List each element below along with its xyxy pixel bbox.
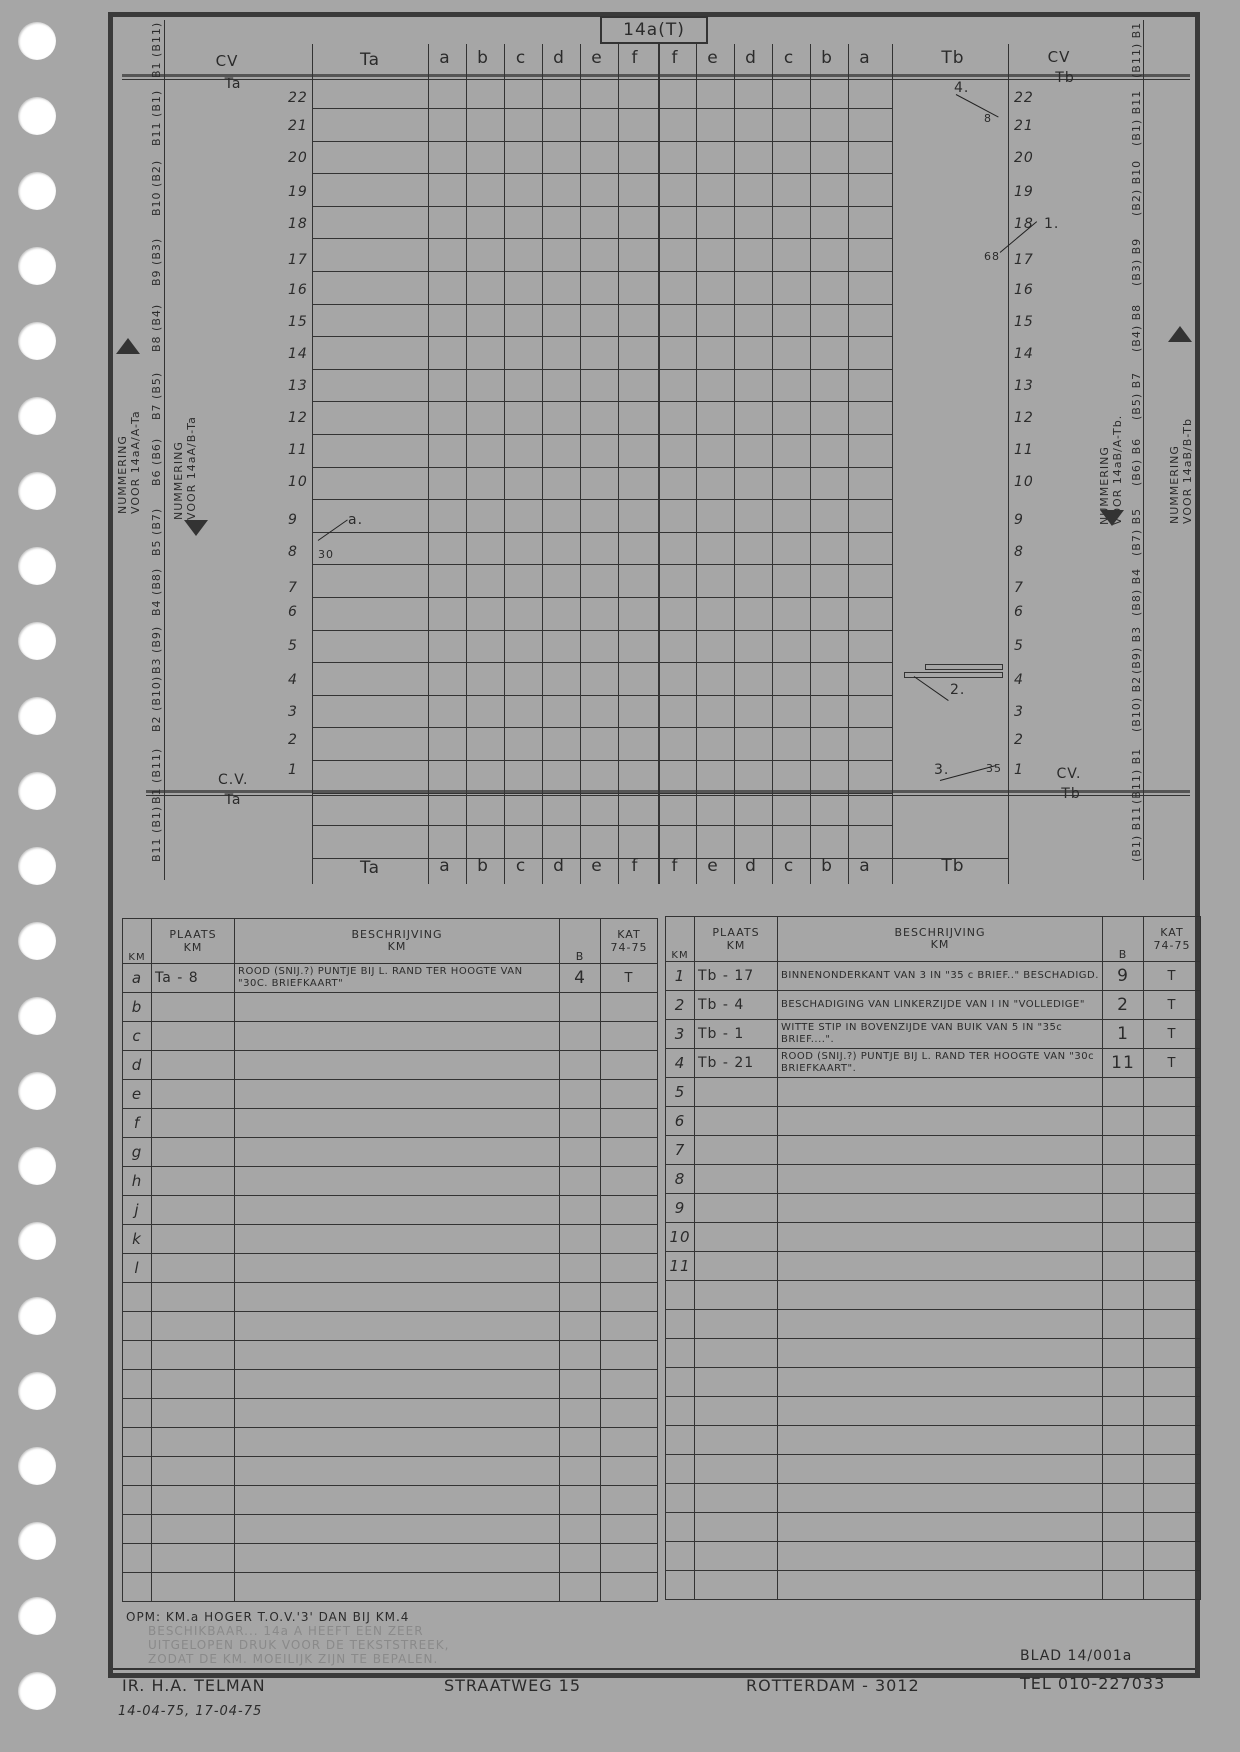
- owner-phone: TEL 010-227033: [1020, 1674, 1165, 1693]
- cell-km: k: [123, 1225, 152, 1254]
- cell-b: [560, 1573, 601, 1602]
- sheet-number: BLAD 14/001a: [1020, 1648, 1132, 1664]
- cell-kat: [1144, 1542, 1201, 1571]
- grid-row-line: [312, 206, 892, 207]
- table-row: [666, 1571, 1201, 1600]
- right-b-label: (B5) B7: [1130, 364, 1143, 420]
- grid-row-line: [312, 825, 892, 826]
- cell-plaats: [695, 1165, 778, 1194]
- cell-plaats: [695, 1513, 778, 1542]
- top-column-label: f: [620, 48, 650, 68]
- cell-beschrijving: [235, 1515, 560, 1544]
- table-row: h: [123, 1167, 658, 1196]
- table-row: j: [123, 1196, 658, 1225]
- left-b-label: B4 (B8): [150, 560, 163, 616]
- table-row: [123, 1573, 658, 1602]
- row-number-left: 22: [288, 90, 308, 106]
- cell-beschrijving: [235, 1254, 560, 1283]
- row-number-right: 19: [1014, 184, 1034, 200]
- top-tb-label: Tb: [938, 48, 968, 68]
- cell-km: e: [123, 1080, 152, 1109]
- cell-km: f: [123, 1109, 152, 1138]
- row-number-left: 7: [288, 580, 298, 596]
- cell-plaats: [695, 1368, 778, 1397]
- row-number-left: 10: [288, 474, 308, 490]
- bottom-cv-right-label: CV.: [1054, 766, 1084, 782]
- cell-kat: [601, 1428, 658, 1457]
- cell-plaats: [152, 1109, 235, 1138]
- binder-hole: [18, 1372, 56, 1410]
- cell-b: [1103, 1484, 1144, 1513]
- cell-plaats: Tb - 21: [695, 1049, 778, 1078]
- top-column-label: d: [736, 48, 766, 68]
- cell-kat: [1144, 1397, 1201, 1426]
- binder-hole: [18, 322, 56, 360]
- table-row: [123, 1399, 658, 1428]
- cell-kat: T: [1144, 991, 1201, 1020]
- left-b-label: B9 (B3): [150, 230, 163, 286]
- binder-hole: [18, 22, 56, 60]
- left-b-label: B10 (B2): [150, 160, 163, 216]
- table-row: 2Tb - 4BESCHADIGING VAN LINKERZIJDE VAN …: [666, 991, 1201, 1020]
- cell-beschrijving: [235, 1080, 560, 1109]
- table-row: 5: [666, 1078, 1201, 1107]
- cell-plaats: [152, 1370, 235, 1399]
- cell-b: [1103, 1571, 1144, 1600]
- cell-kat: [1144, 1571, 1201, 1600]
- binder-hole: [18, 922, 56, 960]
- left-b-label: B6 (B6): [150, 430, 163, 486]
- cell-plaats: [152, 1428, 235, 1457]
- grid-column-line: [312, 44, 313, 884]
- grid-row-line: [312, 499, 892, 500]
- cell-kat: [601, 1022, 658, 1051]
- cell-kat: [601, 1254, 658, 1283]
- bottom-column-label: c: [506, 856, 536, 876]
- cell-plaats: [695, 1252, 778, 1281]
- cell-b: [560, 1167, 601, 1196]
- cell-beschrijving: [778, 1165, 1103, 1194]
- table-row: [123, 1486, 658, 1515]
- left-b-label: B2 (B10): [150, 676, 163, 732]
- cell-kat: T: [1144, 962, 1201, 991]
- table-row: [123, 1312, 658, 1341]
- cell-kat: [601, 1167, 658, 1196]
- cell-kat: [601, 1080, 658, 1109]
- binder-hole: [18, 1672, 56, 1710]
- annotation-3-value: 35: [986, 762, 1002, 775]
- cell-b: [1103, 1339, 1144, 1368]
- table-row: 9: [666, 1194, 1201, 1223]
- left-b-label: B5 (B7): [150, 500, 163, 556]
- owner-city: ROTTERDAM - 3012: [746, 1676, 920, 1695]
- row-number-right: 10: [1014, 474, 1034, 490]
- col-km: KM: [666, 917, 695, 962]
- binder-hole: [18, 1297, 56, 1335]
- grid-row-line: [312, 630, 892, 631]
- bottom-column-label: a: [850, 856, 880, 876]
- cell-b: [1103, 1397, 1144, 1426]
- table-row: [666, 1368, 1201, 1397]
- cell-kat: [1144, 1194, 1201, 1223]
- annotation-a-value: 30: [318, 548, 334, 561]
- cell-km: [666, 1484, 695, 1513]
- col-kat: KAT74-75: [1144, 917, 1201, 962]
- grid-row-line: [312, 695, 892, 696]
- cell-beschrijving: [778, 1281, 1103, 1310]
- cell-b: [560, 1544, 601, 1573]
- row-number-left: 19: [288, 184, 308, 200]
- cell-beschrijving: [778, 1310, 1103, 1339]
- row-number-right: 9: [1014, 512, 1024, 528]
- annotation-2-label: 2.: [950, 682, 965, 698]
- right-b-label: (B6) B6: [1130, 430, 1143, 486]
- cell-b: [1103, 1310, 1144, 1339]
- right-b-label: (B1) B11: [1130, 90, 1143, 146]
- bottom-tb-sub-label: Tb: [1056, 786, 1086, 802]
- cell-kat: [601, 1399, 658, 1428]
- row-number-left: 4: [288, 672, 298, 688]
- grid-row-line: [312, 369, 892, 370]
- cell-b: [1103, 1542, 1144, 1571]
- table-row: 4Tb - 21ROOD (SNIJ.?) PUNTJE BIJ L. RAND…: [666, 1049, 1201, 1078]
- grid-row-line: [312, 793, 892, 794]
- cell-km: [666, 1513, 695, 1542]
- right-b-label: (B4) B8: [1130, 296, 1143, 352]
- cell-beschrijving: [778, 1426, 1103, 1455]
- grid-column-line: [580, 44, 581, 884]
- cell-beschrijving: [235, 1225, 560, 1254]
- cell-plaats: [152, 1399, 235, 1428]
- numbering-left-down: NUMMERING VOOR 14aA/B-Ta: [172, 350, 198, 520]
- cell-b: [1103, 1136, 1144, 1165]
- row-number-right: 14: [1014, 346, 1034, 362]
- cell-kat: [1144, 1368, 1201, 1397]
- top-column-label: a: [850, 48, 880, 68]
- cell-b: [560, 1341, 601, 1370]
- cell-b: [1103, 1513, 1144, 1542]
- cell-km: 5: [666, 1078, 695, 1107]
- cell-beschrijving: [235, 1573, 560, 1602]
- right-flaw-table: KM PLAATSKM BESCHRIJVINGKM B KAT74-75 1T…: [665, 916, 1201, 1600]
- row-number-left: 15: [288, 314, 308, 330]
- table-row: [666, 1484, 1201, 1513]
- binder-hole: [18, 847, 56, 885]
- cell-b: [560, 1080, 601, 1109]
- grid-row-line: [312, 141, 892, 142]
- table-row: 8: [666, 1165, 1201, 1194]
- grid-column-line: [504, 44, 505, 884]
- cell-km: [123, 1370, 152, 1399]
- right-b-label: (B7) B5: [1130, 500, 1143, 556]
- cell-km: 1: [666, 962, 695, 991]
- row-number-left: 13: [288, 378, 308, 394]
- arrow-down-icon: [1100, 510, 1124, 526]
- row-number-right: 1: [1014, 762, 1024, 778]
- cell-plaats: [695, 1107, 778, 1136]
- row-number-left: 8: [288, 544, 298, 560]
- cell-kat: [1144, 1281, 1201, 1310]
- grid-row-line: [312, 304, 892, 305]
- remark-line-2: BESCHIKBAAR... 14a A HEEFT EEN ZEER: [148, 1624, 424, 1638]
- cell-plaats: Tb - 1: [695, 1020, 778, 1049]
- table-row: 3Tb - 1WITTE STIP IN BOVENZIJDE VAN BUIK…: [666, 1020, 1201, 1049]
- cell-kat: [1144, 1455, 1201, 1484]
- cell-b: [560, 1486, 601, 1515]
- cell-plaats: [695, 1223, 778, 1252]
- owner-street: STRAATWEG 15: [444, 1676, 581, 1695]
- numbering-right-down: NUMMERING VOOR 14aB/A-Tb.: [1098, 335, 1124, 525]
- cell-plaats: [152, 1283, 235, 1312]
- binder-hole: [18, 247, 56, 285]
- cell-kat: T: [601, 964, 658, 993]
- cell-kat: [601, 1196, 658, 1225]
- table-row: 1Tb - 17BINNENONDERKANT VAN 3 IN "35 c B…: [666, 962, 1201, 991]
- page-title: 14a(T): [600, 16, 708, 44]
- top-column-label: c: [774, 48, 804, 68]
- left-b-label: B11 (B1): [150, 90, 163, 146]
- cell-km: [123, 1341, 152, 1370]
- table-row: [666, 1426, 1201, 1455]
- cell-kat: [1144, 1310, 1201, 1339]
- cell-kat: [601, 1138, 658, 1167]
- top-cv-right-label: CV: [1044, 48, 1074, 66]
- cell-b: [1103, 1281, 1144, 1310]
- arrow-up-icon: [116, 338, 140, 354]
- grid-row-line: [312, 467, 892, 468]
- footer-divider: [113, 1668, 1195, 1670]
- right-b-label: (B3) B9: [1130, 230, 1143, 286]
- grid-row-line: [312, 336, 892, 337]
- document-sheet: 14a(T) CVTaTaabcdeffedcbaTbCVTbC.V.TaTaa…: [0, 0, 1240, 1752]
- cell-kat: [1144, 1136, 1201, 1165]
- binder-hole: [18, 1597, 56, 1635]
- cell-kat: [1144, 1223, 1201, 1252]
- table-row: [123, 1457, 658, 1486]
- col-plaats: PLAATSKM: [152, 919, 235, 964]
- row-number-left: 11: [288, 442, 308, 458]
- row-number-left: 2: [288, 732, 298, 748]
- cell-km: [666, 1455, 695, 1484]
- row-number-right: 20: [1014, 150, 1034, 166]
- cell-beschrijving: [778, 1252, 1103, 1281]
- cell-km: 8: [666, 1165, 695, 1194]
- flaw-mark-rect: [904, 672, 1003, 678]
- row-number-right: 18: [1014, 216, 1034, 232]
- annotation-a-label: a.: [348, 512, 363, 528]
- table-row: [123, 1341, 658, 1370]
- binder-hole: [18, 547, 56, 585]
- binder-hole: [18, 1522, 56, 1560]
- cell-km: [666, 1310, 695, 1339]
- cell-km: 11: [666, 1252, 695, 1281]
- left-b-label: B11 (B1): [150, 806, 163, 862]
- cell-beschrijving: ROOD (SNIJ.?) PUNTJE BIJ L. RAND TER HOO…: [235, 964, 560, 993]
- cell-beschrijving: [235, 1370, 560, 1399]
- right-b-label: (B11) B1: [1130, 22, 1143, 78]
- row-number-left: 18: [288, 216, 308, 232]
- bottom-column-label: b: [812, 856, 842, 876]
- cell-beschrijving: [235, 1428, 560, 1457]
- cell-plaats: [695, 1426, 778, 1455]
- cell-km: [123, 1544, 152, 1573]
- cell-beschrijving: [235, 1283, 560, 1312]
- grid-column-line: [428, 44, 429, 884]
- right-b-label: (B2) B10: [1130, 160, 1143, 216]
- binder-hole: [18, 1072, 56, 1110]
- cell-b: [560, 1022, 601, 1051]
- cell-plaats: [695, 1455, 778, 1484]
- cell-plaats: [152, 1515, 235, 1544]
- cell-beschrijving: [235, 1167, 560, 1196]
- cell-kat: [601, 1544, 658, 1573]
- cell-km: 4: [666, 1049, 695, 1078]
- cell-b: [1103, 1107, 1144, 1136]
- cell-km: 7: [666, 1136, 695, 1165]
- cell-km: 6: [666, 1107, 695, 1136]
- bottom-column-label: b: [468, 856, 498, 876]
- cell-beschrijving: [778, 1542, 1103, 1571]
- arrow-up-icon: [1168, 326, 1192, 342]
- remark-line-3: UITGELOPEN DRUK VOOR DE TEKSTSTREEK,: [148, 1638, 449, 1652]
- top-rule: [122, 79, 1190, 80]
- left-b-label: B1 (B11): [150, 748, 163, 804]
- top-column-label: b: [812, 48, 842, 68]
- left-flaw-table: KM PLAATSKM BESCHRIJVINGKM B KAT74-75 aT…: [122, 918, 658, 1602]
- cell-b: [560, 1109, 601, 1138]
- table-row: aTa - 8ROOD (SNIJ.?) PUNTJE BIJ L. RAND …: [123, 964, 658, 993]
- cell-plaats: [152, 1544, 235, 1573]
- cell-b: [1103, 1426, 1144, 1455]
- cell-km: 3: [666, 1020, 695, 1049]
- row-number-right: 17: [1014, 252, 1034, 268]
- cell-km: d: [123, 1051, 152, 1080]
- cell-b: [560, 1428, 601, 1457]
- cell-kat: [601, 1312, 658, 1341]
- cell-kat: [601, 1370, 658, 1399]
- cell-kat: [1144, 1339, 1201, 1368]
- bottom-ta-sub-label: Ta: [218, 792, 248, 808]
- record-dates: 14-04-75, 17-04-75: [118, 1704, 262, 1719]
- table-row: [123, 1515, 658, 1544]
- grid-row-line: [312, 727, 892, 728]
- grid-row-line: [312, 434, 892, 435]
- cell-b: 9: [1103, 962, 1144, 991]
- col-beschrijving: BESCHRIJVINGKM: [778, 917, 1103, 962]
- row-number-left: 14: [288, 346, 308, 362]
- table-row: k: [123, 1225, 658, 1254]
- cell-beschrijving: [235, 1138, 560, 1167]
- cell-plaats: [152, 1167, 235, 1196]
- grid-column-line: [658, 44, 660, 884]
- grid-column-line: [772, 44, 773, 884]
- cell-plaats: [695, 1542, 778, 1571]
- cell-plaats: [152, 1080, 235, 1109]
- grid-row-line: [312, 564, 892, 565]
- row-number-right: 16: [1014, 282, 1034, 298]
- table-row: [123, 1370, 658, 1399]
- cell-plaats: [152, 1022, 235, 1051]
- cell-b: [1103, 1078, 1144, 1107]
- numbering-left-up: NUMMERING VOOR 14aA/A-Ta: [116, 354, 142, 514]
- binder-hole: [18, 397, 56, 435]
- numbering-right-up: NUMMERING VOOR 14aB/B-Tb: [1168, 344, 1194, 524]
- cell-kat: [601, 1457, 658, 1486]
- table-row: [666, 1513, 1201, 1542]
- cell-km: 10: [666, 1223, 695, 1252]
- cell-beschrijving: [778, 1397, 1103, 1426]
- row-number-right: 8: [1014, 544, 1024, 560]
- cell-kat: [601, 1486, 658, 1515]
- bottom-tb-label: Tb: [938, 856, 968, 876]
- bottom-column-label: e: [698, 856, 728, 876]
- col-plaats: PLAATSKM: [695, 917, 778, 962]
- right-b-label: (B10) B2: [1130, 676, 1143, 732]
- cell-km: [666, 1368, 695, 1397]
- cell-b: 1: [1103, 1020, 1144, 1049]
- cell-b: [1103, 1455, 1144, 1484]
- bottom-column-label: c: [774, 856, 804, 876]
- cell-km: [123, 1573, 152, 1602]
- grid-column-line: [466, 44, 467, 884]
- left-axis: [164, 20, 165, 880]
- cell-b: [1103, 1368, 1144, 1397]
- grid-column-line: [618, 44, 619, 884]
- col-b: B: [560, 919, 601, 964]
- bottom-rule: [146, 795, 1190, 796]
- table-row: [666, 1281, 1201, 1310]
- cell-b: [560, 1457, 601, 1486]
- grid-column-line: [848, 44, 849, 884]
- top-column-label: f: [660, 48, 690, 68]
- top-column-label: a: [430, 48, 460, 68]
- grid-row-line: [312, 401, 892, 402]
- bottom-column-label: e: [582, 856, 612, 876]
- col-b: B: [1103, 917, 1144, 962]
- bottom-column-label: d: [736, 856, 766, 876]
- cell-km: [666, 1542, 695, 1571]
- cell-km: j: [123, 1196, 152, 1225]
- cell-km: [123, 1515, 152, 1544]
- cell-b: [1103, 1165, 1144, 1194]
- cell-plaats: [695, 1339, 778, 1368]
- cell-beschrijving: WITTE STIP IN BOVENZIJDE VAN BUIK VAN 5 …: [778, 1020, 1103, 1049]
- col-km: KM: [123, 919, 152, 964]
- left-b-label: B8 (B4): [150, 296, 163, 352]
- cell-beschrijving: [778, 1339, 1103, 1368]
- cell-plaats: [695, 1397, 778, 1426]
- cell-b: [1103, 1194, 1144, 1223]
- owner-name: IR. H.A. TELMAN: [122, 1676, 266, 1695]
- cell-kat: [601, 1051, 658, 1080]
- cell-b: [560, 1138, 601, 1167]
- top-column-label: c: [506, 48, 536, 68]
- right-b-label: (B9) B3: [1130, 618, 1143, 674]
- grid-column-line: [734, 44, 735, 884]
- table-header-row: KM PLAATSKM BESCHRIJVINGKM B KAT74-75: [123, 919, 658, 964]
- cell-plaats: [152, 1341, 235, 1370]
- table-row: l: [123, 1254, 658, 1283]
- grid-column-line: [1008, 44, 1009, 884]
- cell-kat: [601, 993, 658, 1022]
- cell-kat: [1144, 1426, 1201, 1455]
- top-column-label: b: [468, 48, 498, 68]
- right-b-label: (B1) B11: [1130, 806, 1143, 862]
- grid-column-line: [542, 44, 543, 884]
- cell-plaats: [152, 1457, 235, 1486]
- row-number-right: 3: [1014, 704, 1024, 720]
- cell-km: [123, 1486, 152, 1515]
